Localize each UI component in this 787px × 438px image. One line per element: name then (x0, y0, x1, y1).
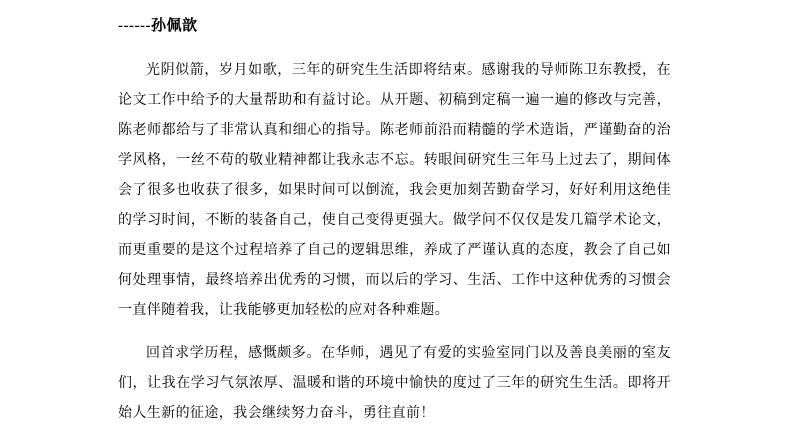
acknowledgement-paragraph-2: 回首求学历程，感慨颇多。在华师，遇见了有爱的实验室同门以及善良美丽的室友们，让我… (118, 339, 671, 429)
document-page: ------孙佩歆 光阴似箭，岁月如歌，三年的研究生生活即将结束。感谢我的导师陈… (0, 0, 787, 438)
acknowledgement-paragraph-1: 光阴似箭，岁月如歌，三年的研究生生活即将结束。感谢我的导师陈卫东教授，在论文工作… (118, 56, 671, 326)
author-signature: ------孙佩歆 (118, 16, 671, 36)
